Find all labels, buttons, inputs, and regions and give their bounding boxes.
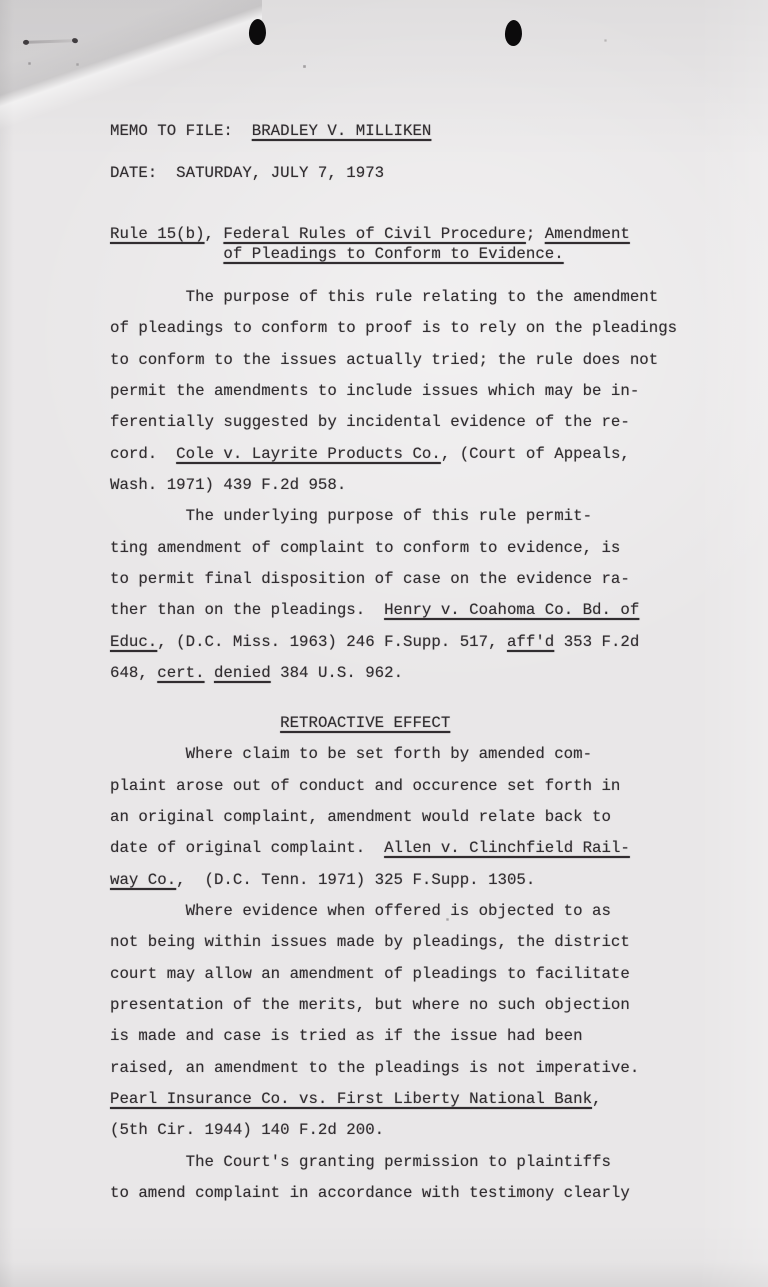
typed-text: date of original complaint. — [110, 839, 384, 857]
typed-line: not being within issues made by pleading… — [110, 927, 677, 958]
typed-text: 384 U.S. 962. — [271, 664, 403, 682]
section-heading-line: RETROACTIVE EFFECT — [110, 708, 677, 739]
typed-line: court may allow an amendment of pleading… — [110, 959, 677, 990]
subject-line: Rule 15(b), Federal Rules of Civil Proce… — [110, 224, 630, 244]
underlined-text: BRADLEY V. MILLIKEN — [252, 122, 432, 140]
underlined-text: Federal Rules of Civil Procedure — [223, 225, 525, 243]
typed-line: to amend complaint in accordance with te… — [110, 1178, 677, 1209]
typed-line: Wash. 1971) 439 F.2d 958. — [110, 470, 677, 501]
typed-text: ; — [526, 225, 545, 243]
typed-line: presentation of the merits, but where no… — [110, 990, 677, 1021]
typed-text — [205, 664, 214, 682]
typed-text: The Court's granting permission to plain… — [110, 1153, 611, 1171]
memo-subject-heading: Rule 15(b), Federal Rules of Civil Proce… — [110, 224, 630, 264]
typed-text: (5th Cir. 1944) 140 F.2d 200. — [110, 1121, 384, 1139]
typed-line: The underlying purpose of this rule perm… — [110, 501, 677, 532]
underlined-text: way Co. — [110, 871, 176, 889]
memo-page: MEMO TO FILE: BRADLEY V. MILLIKENDATE: S… — [0, 0, 768, 1287]
underlined-text: Educ. — [110, 633, 157, 651]
typed-text: Where evidence when offered is objected … — [110, 902, 611, 920]
underlined-text: Cole v. Layrite Products Co. — [176, 445, 441, 463]
typed-text — [110, 714, 280, 732]
typed-text: of pleadings to conform to proof is to r… — [110, 319, 677, 337]
hole-punch-mark-left — [249, 19, 267, 46]
typed-text: , — [592, 1090, 601, 1108]
typed-text: not being within issues made by pleading… — [110, 933, 630, 951]
typed-line: date of original complaint. Allen v. Cli… — [110, 833, 677, 864]
underlined-text: Pearl Insurance Co. vs. First Liberty Na… — [110, 1090, 592, 1108]
paper-fold-crease — [0, 0, 262, 142]
underlined-text: Rule 15(b) — [110, 225, 205, 243]
typed-line: Educ., (D.C. Miss. 1963) 246 F.Supp. 517… — [110, 627, 677, 658]
typed-line: to conform to the issues actually tried;… — [110, 345, 677, 376]
typed-text: Where claim to be set forth by amended c… — [110, 745, 592, 763]
underlined-text: Amendment — [545, 225, 630, 243]
typed-text: The underlying purpose of this rule perm… — [110, 507, 592, 525]
paper-dust-specks — [0, 0, 1, 1]
typed-line: Pearl Insurance Co. vs. First Liberty Na… — [110, 1084, 677, 1115]
typed-text: to conform to the issues actually tried;… — [110, 351, 658, 369]
typed-text: to permit final disposition of case on t… — [110, 570, 630, 588]
typed-text: ther than on the pleadings. — [110, 601, 384, 619]
typed-line: Where claim to be set forth by amended c… — [110, 739, 677, 770]
typed-text: Wash. 1971) 439 F.2d 958. — [110, 476, 346, 494]
underlined-text: of Pleadings to Conform to Evidence. — [223, 245, 563, 263]
typed-text: , (D.C. Tenn. 1971) 325 F.Supp. 1305. — [176, 871, 535, 889]
typed-line: Where evidence when offered is objected … — [110, 896, 677, 927]
typed-text: court may allow an amendment of pleading… — [110, 965, 630, 983]
typed-line: permit the amendments to include issues … — [110, 376, 677, 407]
typed-line: ting amendment of complaint to conform t… — [110, 533, 677, 564]
underlined-text: denied — [214, 664, 271, 682]
underlined-text: RETROACTIVE EFFECT — [280, 714, 450, 732]
typed-text: permit the amendments to include issues … — [110, 382, 639, 400]
paragraph: The purpose of this rule relating to the… — [110, 282, 677, 501]
typed-line: an original complaint, amendment would r… — [110, 802, 677, 833]
paragraph: Where evidence when offered is objected … — [110, 896, 677, 1147]
underlined-text: aff'd — [507, 633, 554, 651]
typed-text: , — [205, 225, 224, 243]
typed-line: raised, an amendment to the pleadings is… — [110, 1053, 677, 1084]
hole-punch-mark-right — [505, 20, 523, 47]
paragraph: The underlying purpose of this rule perm… — [110, 501, 677, 689]
typed-text: to amend complaint in accordance with te… — [110, 1184, 630, 1202]
paragraph: Where claim to be set forth by amended c… — [110, 739, 677, 896]
typed-text: The purpose of this rule relating to the… — [110, 288, 658, 306]
memo-header-line: DATE: SATURDAY, JULY 7, 1973 — [110, 164, 431, 182]
memo-header: MEMO TO FILE: BRADLEY V. MILLIKENDATE: S… — [110, 122, 431, 182]
typed-text: , (Court of Appeals, — [441, 445, 630, 463]
typed-line: (5th Cir. 1944) 140 F.2d 200. — [110, 1115, 677, 1146]
paragraph: The Court's granting permission to plain… — [110, 1147, 677, 1210]
typed-line: to permit final disposition of case on t… — [110, 564, 677, 595]
typed-text: an original complaint, amendment would r… — [110, 808, 611, 826]
typed-line: The Court's granting permission to plain… — [110, 1147, 677, 1178]
subject-line: of Pleadings to Conform to Evidence. — [110, 244, 630, 264]
typed-text: plaint arose out of conduct and occurenc… — [110, 777, 620, 795]
typed-line: ther than on the pleadings. Henry v. Coa… — [110, 595, 677, 626]
underlined-text: Henry v. Coahoma Co. Bd. of — [384, 601, 639, 619]
typed-line: cord. Cole v. Layrite Products Co., (Cou… — [110, 439, 677, 470]
typed-text: , (D.C. Miss. 1963) 246 F.Supp. 517, — [157, 633, 507, 651]
typed-text: MEMO TO FILE: — [110, 122, 252, 140]
section-heading: RETROACTIVE EFFECT — [110, 708, 677, 739]
memo-body: The purpose of this rule relating to the… — [110, 282, 677, 1209]
typed-line: way Co., (D.C. Tenn. 1971) 325 F.Supp. 1… — [110, 865, 677, 896]
typed-text: 353 F.2d — [554, 633, 639, 651]
typed-text: 648, — [110, 664, 157, 682]
underlined-text: Allen v. Clinchfield Rail- — [384, 839, 630, 857]
typed-text: is made and case is tried as if the issu… — [110, 1027, 583, 1045]
typed-line: of pleadings to conform to proof is to r… — [110, 313, 677, 344]
typed-line: plaint arose out of conduct and occurenc… — [110, 771, 677, 802]
typed-text — [110, 245, 223, 263]
typed-line: is made and case is tried as if the issu… — [110, 1021, 677, 1052]
typed-text: presentation of the merits, but where no… — [110, 996, 630, 1014]
typed-text: cord. — [110, 445, 176, 463]
typed-text: ferentially suggested by incidental evid… — [110, 413, 630, 431]
memo-header-line: MEMO TO FILE: BRADLEY V. MILLIKEN — [110, 122, 431, 140]
typed-line: The purpose of this rule relating to the… — [110, 282, 677, 313]
underlined-text: cert. — [157, 664, 204, 682]
typed-line: 648, cert. denied 384 U.S. 962. — [110, 658, 677, 689]
typed-text: DATE: SATURDAY, JULY 7, 1973 — [110, 164, 384, 182]
typed-line: ferentially suggested by incidental evid… — [110, 407, 677, 438]
typed-text: ting amendment of complaint to conform t… — [110, 539, 620, 557]
typed-text: raised, an amendment to the pleadings is… — [110, 1059, 639, 1077]
